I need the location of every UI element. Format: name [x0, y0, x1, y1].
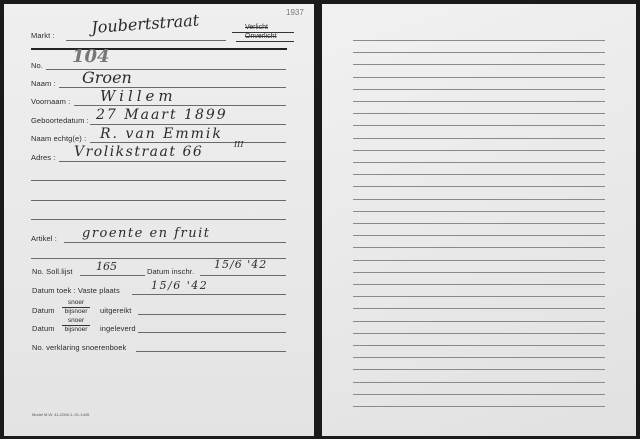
label-geboortedatum: Geboortedatum : [31, 116, 89, 125]
index-card-front: 1937 Verlicht Onverlicht Markt : Joubert… [4, 4, 314, 436]
ruled-line [353, 174, 605, 175]
ruled-line [353, 321, 605, 322]
ruled-line [353, 40, 605, 41]
value-datum-inschr: 15/6 '42 [214, 258, 267, 271]
label-naam: Naam : [31, 79, 56, 88]
ruled-line [353, 406, 605, 407]
ruled-line [353, 113, 605, 114]
ruled-line [353, 199, 605, 200]
ruled-line [353, 260, 605, 261]
rule-datum-uitgereikt [138, 314, 286, 315]
ruled-line [353, 247, 605, 248]
rule-no-soll-lijst [80, 275, 145, 276]
label-adres: Adres : [31, 153, 55, 162]
rule-no-verklaring [136, 351, 286, 352]
label-naam-echtgenote: Naam echtg(e) : [31, 134, 86, 143]
rule-blank [31, 219, 286, 220]
ruled-line [353, 186, 605, 187]
value-naam: Groen [82, 68, 132, 87]
ruled-line [353, 272, 605, 273]
rule-naam-echtgenote [90, 142, 286, 143]
form-model-footer: Model M.W. 41-2000-1-'41-1445 [32, 412, 89, 417]
stamp-onverlicht: Onverlicht [245, 33, 277, 40]
label-datum-toek: Datum toek : Vaste plaats [32, 286, 120, 295]
ruled-line [353, 138, 605, 139]
label-artikel: Artikel : [31, 234, 57, 243]
frac-top: snoer [62, 299, 90, 308]
stamp-strike [232, 32, 294, 33]
ruled-line [353, 101, 605, 102]
ruled-line [353, 162, 605, 163]
rule-geboortedatum [90, 124, 286, 125]
ruled-line [353, 89, 605, 90]
label-datum-ingeleverd-prefix: Datum [32, 324, 55, 333]
label-no-soll-lijst: No. Soll.lijst [32, 267, 73, 276]
ruled-line [353, 308, 605, 309]
value-no-soll-lijst: 165 [96, 260, 117, 273]
label-no: No. [31, 61, 43, 70]
stamp-strike [236, 41, 294, 42]
divider-top [31, 48, 287, 50]
value-voornaam: Willem [100, 87, 177, 105]
label-voornaam: Voornaam : [31, 97, 70, 106]
rule-datum-inschr [200, 275, 286, 276]
rule-markt [66, 40, 226, 41]
value-geboortedatum: 27 Maart 1899 [96, 107, 228, 123]
rule-datum-toek [132, 294, 286, 295]
ruled-line [353, 345, 605, 346]
rule-adres [59, 161, 286, 162]
ruled-line [353, 223, 605, 224]
ruled-line [353, 235, 605, 236]
value-artikel: groente en fruit [82, 226, 210, 241]
ruled-line [353, 394, 605, 395]
ruled-line [353, 357, 605, 358]
ruled-line [353, 382, 605, 383]
label-datum-ingeleverd-suffix: ingeleverd [100, 324, 136, 333]
frac-bottom: bijsnoer [62, 308, 90, 316]
ruled-line [353, 296, 605, 297]
value-adres-floor: III [234, 140, 243, 149]
ruled-line [353, 52, 605, 53]
index-card-back [322, 4, 636, 436]
ruled-line [353, 125, 605, 126]
rule-blank [31, 200, 286, 201]
label-datum-uitgereikt-suffix: uitgereikt [100, 306, 131, 315]
value-no: 104 [72, 46, 110, 67]
label-no-verklaring: No. verklaring snoerenboek [32, 343, 126, 352]
value-naam-echtgenote: R. van Emmik [100, 126, 223, 142]
stamp-verlicht: Verlicht [245, 24, 268, 31]
ruled-line [353, 77, 605, 78]
rule-blank [31, 180, 286, 181]
frac-bottom: bijsnoer [62, 326, 90, 334]
fraction-snoer-bijsnoer: snoer bijsnoer [62, 299, 90, 316]
fraction-snoer-bijsnoer: snoer bijsnoer [62, 317, 90, 334]
ruled-line [353, 150, 605, 151]
label-datum-uitgereikt-prefix: Datum [32, 306, 55, 315]
ruled-line [353, 211, 605, 212]
card-number: 1937 [286, 8, 304, 17]
value-adres: Vrolikstraat 66 [74, 144, 203, 160]
value-markt: Joubertstraat [91, 11, 200, 37]
rule-artikel [64, 242, 286, 243]
frac-top: snoer [62, 317, 90, 326]
label-markt: Markt : [31, 31, 55, 40]
ruled-line [353, 64, 605, 65]
ruled-line [353, 333, 605, 334]
ruled-line [353, 284, 605, 285]
rule-datum-ingeleverd [138, 332, 286, 333]
value-datum-toek: 15/6 '42 [151, 279, 208, 292]
label-datum-inschr: Datum inschr. [147, 267, 194, 276]
rule-voornaam [74, 105, 286, 106]
ruled-line [353, 369, 605, 370]
